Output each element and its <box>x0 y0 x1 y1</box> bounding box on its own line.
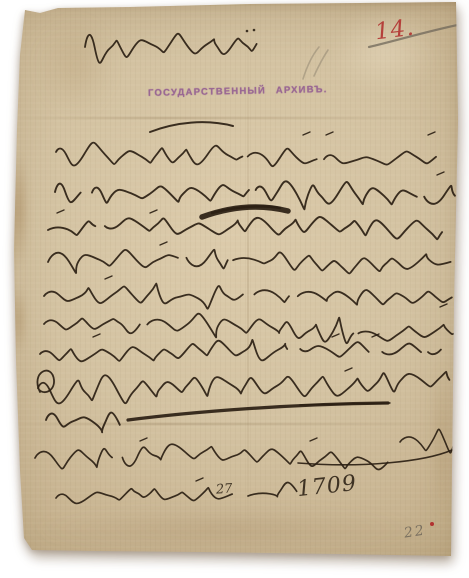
handwriting-line-signature <box>400 428 469 453</box>
fold-crease-lower <box>18 423 455 425</box>
diacritic-mark <box>160 242 167 245</box>
diacritic-mark <box>345 368 352 371</box>
diacritic-mark <box>93 334 100 337</box>
edge-stain-left-upper <box>6 150 30 270</box>
handwriting-line-date-a <box>56 488 232 504</box>
diacritic-mark <box>105 276 112 279</box>
handwritten-day-numerals: 27 <box>215 481 233 497</box>
paper-shadow: ГОСУДАРСТВЕННЫЙ АРХИВЪ. 14. 22 27 1709 <box>0 0 469 578</box>
pencil-folio-number: 22 <box>403 522 427 541</box>
handwriting-line-2 <box>55 181 455 209</box>
long-dash-flourish <box>128 403 388 420</box>
edge-stain-right <box>430 360 454 520</box>
handwritten-year-numerals: 1709 <box>296 471 358 502</box>
handwriting-line-1 <box>56 143 436 167</box>
handwriting-line-docket <box>85 34 268 63</box>
faint-pencil-marks <box>303 47 328 79</box>
heavy-ink-smear-line3-detail <box>212 206 280 213</box>
fold-crease-upper <box>18 117 455 119</box>
diacritic-mark <box>140 438 147 441</box>
diacritic-mark <box>437 172 444 175</box>
diacritic-mark <box>150 210 157 213</box>
long-dash-flourish-tail <box>300 403 390 405</box>
diacritic-mark <box>310 438 317 441</box>
manuscript-paper: ГОСУДАРСТВЕННЫЙ АРХИВЪ. 14. 22 27 1709 <box>0 0 469 578</box>
handwriting-line-6 <box>44 314 458 343</box>
handwriting-line-7 <box>40 340 441 361</box>
state-archive-stamp: ГОСУДАРСТВЕННЫЙ АРХИВЪ. <box>148 84 328 99</box>
large-loop-line8-start <box>37 371 54 393</box>
bottom-darkening <box>30 505 420 553</box>
diacritic-mark <box>455 422 462 425</box>
flourish-arc-above-line1 <box>150 122 233 132</box>
diacritic-mark <box>372 334 379 337</box>
diacritic-mark <box>326 132 333 135</box>
diacritic-mark <box>332 334 339 337</box>
diacritic-mark <box>303 132 310 135</box>
diacritic-mark <box>440 304 447 307</box>
top-left-toning <box>36 16 116 116</box>
heavy-ink-smear-line3 <box>202 207 288 217</box>
diacritic-mark <box>428 132 435 135</box>
diacritic-mark <box>196 478 203 481</box>
photo-background: ГОСУДАРСТВЕННЫЙ АРХИВЪ. 14. 22 27 1709 <box>0 0 469 578</box>
signature-tail-flourish <box>298 450 452 465</box>
handwriting-line-10 <box>35 444 388 469</box>
handwriting-line-3 <box>48 217 454 239</box>
handwriting-line-4 <box>48 250 451 274</box>
red-folio-number: 14. <box>374 15 416 46</box>
handwriting-line-date-b <box>248 483 297 497</box>
small-red-ink-dot <box>430 522 434 526</box>
diacritic-mark <box>57 210 64 213</box>
edge-stain-left-lower <box>8 285 28 355</box>
docket-diaeresis-dot <box>253 29 256 32</box>
